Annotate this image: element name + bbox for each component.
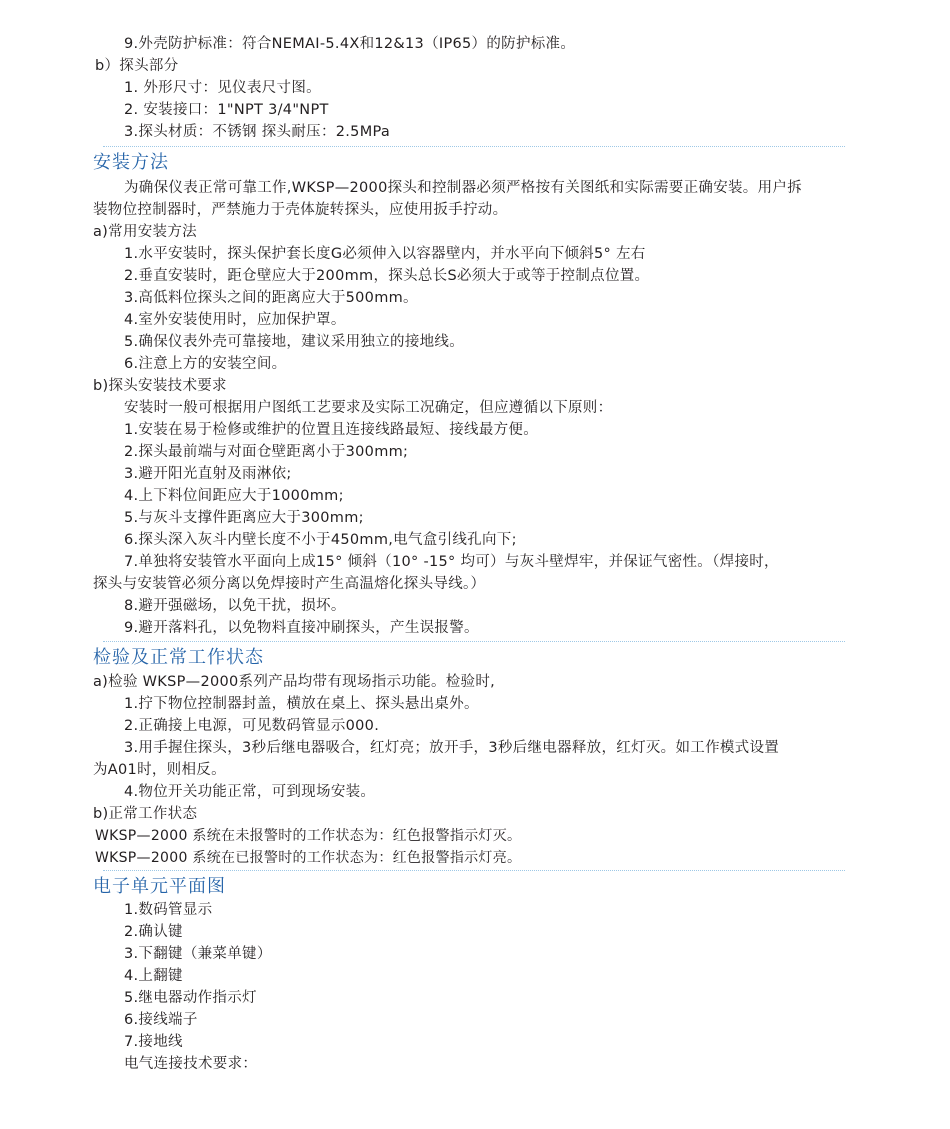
probe-requirement-item: 3.避开阳光直射及雨淋依; bbox=[124, 464, 292, 484]
inspection-check-item: 4.物位开关功能正常，可到现场安装。 bbox=[124, 782, 375, 802]
common-method-item: 6.注意上方的安装空间。 bbox=[124, 354, 286, 374]
installation-intro: 为确保仪表正常可靠工作,WKSP—2000探头和控制器必须严格按有关图纸和实际需… bbox=[124, 178, 802, 198]
electronics-item: 5.继电器动作指示灯 bbox=[124, 988, 257, 1008]
probe-requirement-item: 7.单独将安装管水平面向上成15° 倾斜（10° -15° 均可）与灰斗壁焊牢，… bbox=[124, 552, 779, 572]
normal-state-title: b)正常工作状态 bbox=[93, 804, 197, 824]
probe-requirement-item-cont: 探头与安装管必须分离以免焊接时产生高温熔化探头导线。） bbox=[93, 574, 485, 594]
inspection-check-item: 2.正确接上电源，可见数码管显示000. bbox=[124, 716, 379, 736]
probe-requirements-title: b)探头安装技术要求 bbox=[93, 376, 227, 396]
probe-spec-item: 1. 外形尺寸：见仪表尺寸图。 bbox=[124, 78, 321, 98]
wiring-requirements-title: 电气连接技术要求： bbox=[124, 1054, 257, 1074]
inspection-check-item-cont: 为A01时，则相反。 bbox=[93, 760, 226, 780]
inspection-check-item: 3.用手握住探头，3秒后继电器吸合，红灯亮；放开手，3秒后继电器释放，红灯灭。如… bbox=[124, 738, 779, 758]
inspection-heading: 检验及正常工作状态 bbox=[93, 646, 264, 670]
probe-requirement-item: 1.安装在易于检修或维护的位置且连接线路最短、接线最方便。 bbox=[124, 420, 538, 440]
electronics-item: 7.接地线 bbox=[124, 1032, 183, 1052]
installation-intro-cont: 装物位控制器时，严禁施力于壳体旋转探头，应使用扳手拧动。 bbox=[93, 200, 507, 220]
electronics-item: 1.数码管显示 bbox=[124, 900, 212, 920]
electronics-item: 6.接线端子 bbox=[124, 1010, 198, 1030]
probe-requirement-item: 6.探头深入灰斗内壁长度不小于450mm,电气盒引线孔向下; bbox=[124, 530, 517, 550]
inspection-check-item: 1.拧下物位控制器封盖，横放在桌上、探头悬出桌外。 bbox=[124, 694, 479, 714]
electronics-item: 2.确认键 bbox=[124, 922, 183, 942]
probe-requirement-item: 9.避开落料孔，以免物料直接冲刷探头，产生误报警。 bbox=[124, 618, 479, 638]
normal-state-item: WKSP—2000 系统在已报警时的工作状态为：红色报警指示灯亮。 bbox=[95, 848, 521, 868]
housing-protection-item: 9.外壳防护标准：符合NEMAI-5.4X和12&13（IP65）的防护标准。 bbox=[124, 34, 575, 54]
common-method-item: 1.水平安装时，探头保护套长度G必须伸入以容器壁内，并水平向下倾斜5° 左右 bbox=[124, 244, 646, 264]
section-divider bbox=[103, 641, 845, 642]
probe-requirement-item: 2.探头最前端与对面仓壁距离小于300mm; bbox=[124, 442, 408, 462]
common-method-item: 4.室外安装使用时，应加保护罩。 bbox=[124, 310, 346, 330]
inspection-check-title: a)检验 WKSP—2000系列产品均带有现场指示功能。检验时, bbox=[93, 672, 495, 692]
section-divider bbox=[103, 870, 845, 871]
probe-spec-item: 3.探头材质：不锈钢 探头耐压：2.5MPa bbox=[124, 122, 390, 142]
probe-section-title: b）探头部分 bbox=[95, 56, 179, 76]
probe-spec-item: 2. 安装接口：1"NPT 3/4"NPT bbox=[124, 100, 329, 120]
electronics-item: 3.下翻键（兼菜单键） bbox=[124, 944, 272, 964]
electronics-heading: 电子单元平面图 bbox=[93, 875, 226, 899]
probe-requirement-item: 5.与灰斗支撑件距离应大于300mm; bbox=[124, 508, 364, 528]
electronics-item: 4.上翻键 bbox=[124, 966, 183, 986]
normal-state-item: WKSP—2000 系统在未报警时的工作状态为：红色报警指示灯灭。 bbox=[95, 826, 521, 846]
probe-requirements-intro: 安装时一般可根据用户图纸工艺要求及实际工况确定，但应遵循以下原则： bbox=[124, 398, 612, 418]
probe-requirement-item: 4.上下料位间距应大于1000mm; bbox=[124, 486, 344, 506]
common-method-item: 3.高低料位探头之间的距离应大于500mm。 bbox=[124, 288, 418, 308]
installation-heading: 安装方法 bbox=[93, 151, 169, 175]
common-method-item: 2.垂直安装时，距仓壁应大于200mm，探头总长S必须大于或等于控制点位置。 bbox=[124, 266, 649, 286]
common-methods-title: a)常用安装方法 bbox=[93, 222, 197, 242]
probe-requirement-item: 8.避开强磁场，以免干扰，损坏。 bbox=[124, 596, 346, 616]
common-method-item: 5.确保仪表外壳可靠接地，建议采用独立的接地线。 bbox=[124, 332, 464, 352]
section-divider bbox=[103, 146, 845, 147]
